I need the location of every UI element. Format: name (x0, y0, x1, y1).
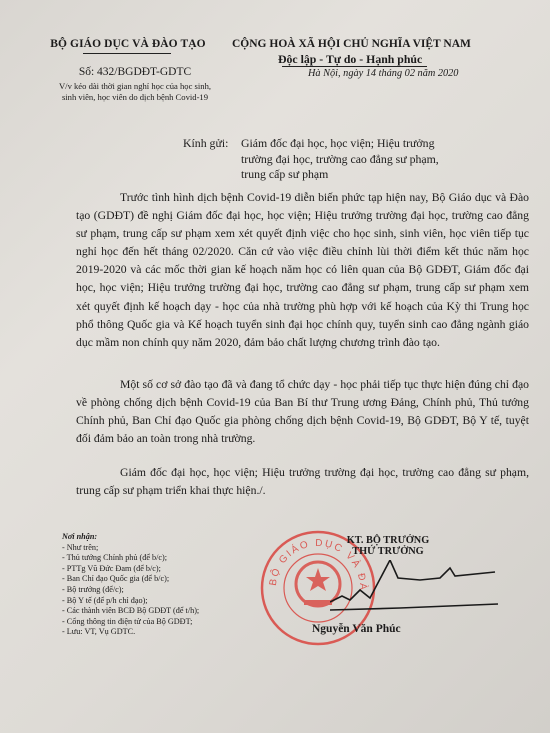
national-motto: Độc lập - Tự do - Hạnh phúc (278, 52, 422, 67)
body-paragraph: Một số cơ sở đào tạo đã và đang tổ chức … (76, 376, 529, 448)
addressee-line: Giám đốc đại học, học viện; Hiệu trưởng (241, 136, 491, 152)
recipient-item: - Cổng thông tin điện tử của Bộ GDĐT; (62, 617, 262, 628)
signature-title-line: THỨ TRƯỞNG (308, 546, 468, 557)
addressee-line: trung cấp sư phạm (241, 167, 491, 183)
motto-underline (282, 66, 427, 67)
signature-title: KT. BỘ TRƯỞNG THỨ TRƯỞNG (308, 535, 468, 557)
addressee-label: Kính gửi: (183, 136, 228, 152)
recipients-list: Nơi nhận: - Như trên; - Thủ tướng Chính … (62, 532, 262, 638)
recipient-item: - Bộ Y tế (để p/h chỉ đạo); (62, 596, 262, 607)
nation-title: CỘNG HOÀ XÃ HỘI CHỦ NGHĨA VIỆT NAM (232, 38, 550, 50)
recipient-item: - Như trên; (62, 543, 262, 554)
recipient-item: - Các thành viên BCĐ Bộ GDĐT (để t/h); (62, 606, 262, 617)
recipients-heading: Nơi nhận: (62, 532, 262, 543)
addressee-text: Giám đốc đại học, học viện; Hiệu trưởng … (241, 136, 491, 183)
recipient-item: - Ban Chỉ đạo Quốc gia (để b/c); (62, 574, 262, 585)
document-number: Số: 432/BGDĐT-GDTC (55, 66, 215, 78)
issuing-organization: BỘ GIÁO DỤC VÀ ĐÀO TẠO (38, 38, 218, 50)
document-subject: V/v kéo dài thời gian nghỉ học của học s… (40, 81, 230, 103)
recipient-item: - Bộ trưởng (để/c); (62, 585, 262, 596)
body-paragraph: Trước tình hình dịch bệnh Covid-19 diễn … (76, 189, 529, 352)
place-date: Hà Nội, ngày 14 tháng 02 năm 2020 (308, 68, 458, 79)
signer-name: Nguyễn Văn Phúc (312, 623, 401, 635)
recipient-item: - PTTg Vũ Đức Đam (để b/c); (62, 564, 262, 575)
recipient-item: - Thủ tướng Chính phủ (để b/c); (62, 553, 262, 564)
addressee-line: trường đại học, trường cao đẳng sư phạm, (241, 152, 491, 168)
subject-line: V/v kéo dài thời gian nghỉ học của học s… (40, 81, 230, 92)
subject-line: sinh viên, học viên do dịch bệnh Covid-1… (40, 92, 230, 103)
body-paragraph: Giám đốc đại học, học viện; Hiệu trưởng … (76, 464, 529, 500)
signature-title-line: KT. BỘ TRƯỞNG (308, 535, 468, 546)
organization-underline (83, 53, 171, 54)
handwritten-signature (330, 560, 500, 620)
recipient-item: - Lưu: VT, Vụ GDTC. (62, 627, 262, 638)
